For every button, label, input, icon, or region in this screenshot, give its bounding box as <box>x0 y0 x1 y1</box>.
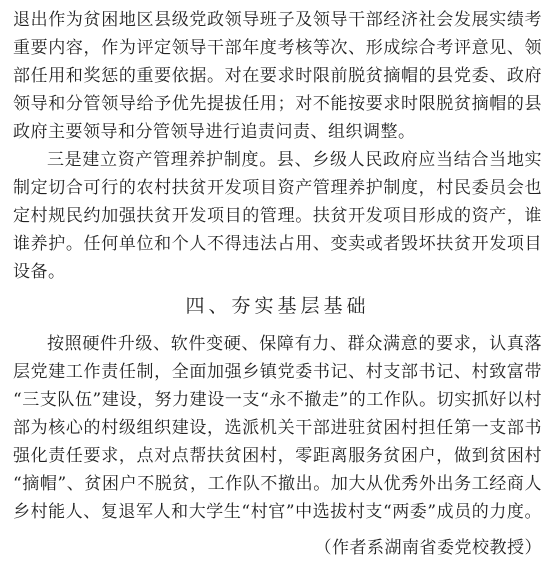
text-line: 层党建工作责任制，全面加强乡镇党委书记、村支部书记、村致富带头人 <box>13 358 542 386</box>
text-line: “三支队伍”建设，努力建设一支“永不撤走”的工作队。切实抓好以村支 <box>13 386 542 414</box>
paragraph-grassroots-foundation: 按照硬件升级、软件变硬、保障有力、群众满意的要求，认真落实基 层党建工作责任制，… <box>13 330 542 526</box>
text-line: 部任用和奖惩的重要依据。对在要求时限前脱贫摘帽的县党委、政府主要 <box>13 62 542 90</box>
paragraph-asset-management: 三是建立资产管理养护制度。县、乡级人民政府应当结合当地实际， 制定切合可行的农村… <box>13 146 542 286</box>
text-line: 三是建立资产管理养护制度。县、乡级人民政府应当结合当地实际， <box>13 146 542 174</box>
text-line: 重要内容，作为评定领导干部年度考核等次、形成综合考评意见、领导干 <box>13 34 542 62</box>
section-heading: 四、夯实基层基础 <box>13 292 542 320</box>
text-line: 定村规民约加强扶贫开发项目的管理。扶贫开发项目形成的资产，谁受益、 <box>13 202 542 230</box>
text-line: 领导和分管领导给予优先提拔任用；对不能按要求时限脱贫摘帽的县党委、 <box>13 90 542 118</box>
text-line: 退出作为贫困地区县级党政领导班子及领导干部经济社会发展实绩考核的 <box>13 6 542 34</box>
document-page: 退出作为贫困地区县级党政领导班子及领导干部经济社会发展实绩考核的 重要内容，作为… <box>0 0 555 563</box>
text-line: 政府主要领导和分管领导进行追责问责、组织调整。 <box>13 118 542 146</box>
author-attribution: （作者系湖南省委党校教授） <box>13 534 542 562</box>
text-line: 按照硬件升级、软件变硬、保障有力、群众满意的要求，认真落实基 <box>13 330 542 358</box>
text-line: 部为核心的村级组织建设，选派机关干部进驻贫困村担任第一支部书记， <box>13 414 542 442</box>
text-line: “摘帽”、贫困户不脱贫，工作队不撤出。加大从优秀外出务工经商人员、 <box>13 470 542 498</box>
text-line: 乡村能人、复退军人和大学生“村官”中选拔村支“两委”成员的力度。 <box>13 498 542 526</box>
paragraph-continuation: 退出作为贫困地区县级党政领导班子及领导干部经济社会发展实绩考核的 重要内容，作为… <box>13 6 542 146</box>
text-line: 设备。 <box>13 258 542 286</box>
text-line: 强化责任要求，点对点帮扶贫困村，零距离服务贫困户，做到贫困村不 <box>13 442 542 470</box>
text-line: 制定切合可行的农村扶贫开发项目资产管理养护制度，村民委员会也可制 <box>13 174 542 202</box>
text-line: 谁养护。任何单位和个人不得违法占用、变卖或者毁坏扶贫开发项目设施、 <box>13 230 542 258</box>
